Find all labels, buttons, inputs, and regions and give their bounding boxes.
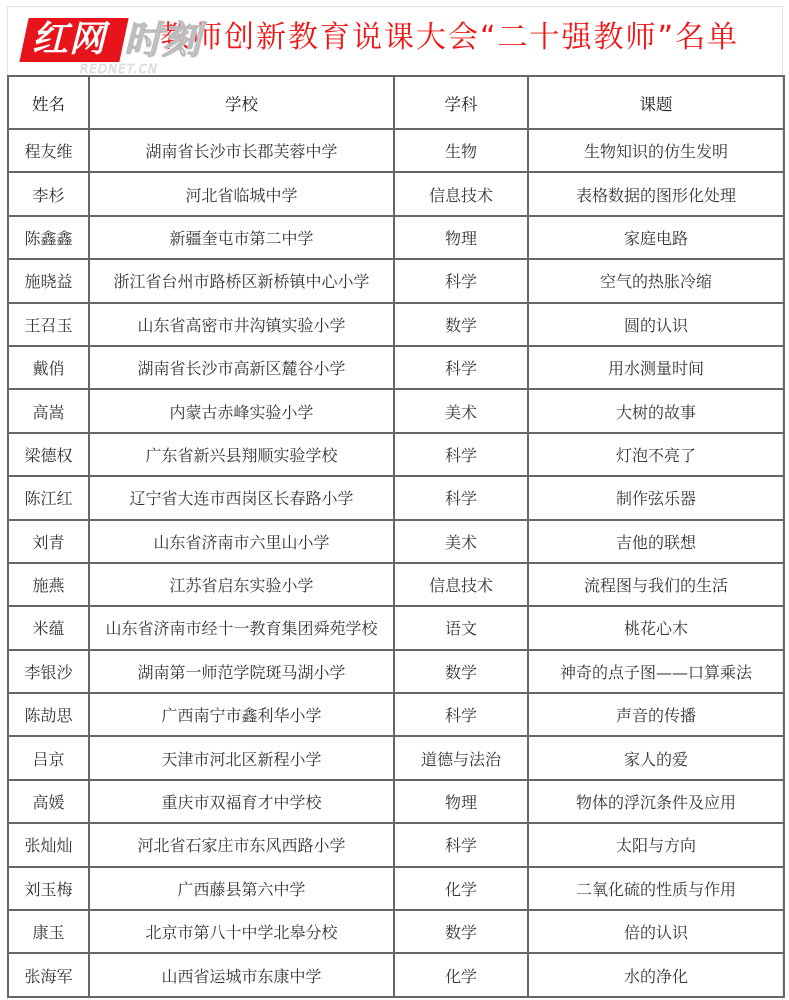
cell-school: 湖南省长沙市长郡芙蓉中学 (89, 129, 394, 172)
rednet-watermark-logo: 红网 时刻 REDNET.CN (20, 16, 210, 80)
cell-subject: 科学 (394, 823, 528, 866)
cell-subject: 道德与法治 (394, 736, 528, 779)
logo-red-text: 红网 (32, 18, 128, 62)
cell-subject: 信息技术 (394, 172, 528, 215)
cell-subject: 化学 (394, 953, 528, 996)
cell-name: 施晓益 (8, 259, 89, 302)
cell-name: 高嵩 (8, 389, 89, 432)
cell-name: 张海军 (8, 953, 89, 996)
cell-name: 戴俏 (8, 346, 89, 389)
cell-topic: 神奇的点子图——口算乘法 (528, 650, 784, 693)
cell-subject: 科学 (394, 259, 528, 302)
table-row: 李银沙湖南第一师范学院斑马湖小学数学神奇的点子图——口算乘法 (8, 650, 784, 693)
table-row: 刘玉梅广西藤县第六中学化学二氧化硫的性质与作用 (8, 867, 784, 910)
cell-school: 广西南宁市鑫利华小学 (89, 693, 394, 736)
cell-school: 湖南省长沙市高新区麓谷小学 (89, 346, 394, 389)
cell-subject: 数学 (394, 650, 528, 693)
cell-topic: 生物知识的仿生发明 (528, 129, 784, 172)
cell-school: 重庆市双福育才中学校 (89, 780, 394, 823)
cell-school: 山东省高密市井沟镇实验小学 (89, 303, 394, 346)
cell-topic: 表格数据的图形化处理 (528, 172, 784, 215)
table-row: 高媛重庆市双福育才中学校物理物体的浮沉条件及应用 (8, 780, 784, 823)
cell-topic: 用水测量时间 (528, 346, 784, 389)
column-header-name: 姓名 (8, 76, 89, 129)
table-row: 康玉北京市第八十中学北皋分校数学倍的认识 (8, 910, 784, 953)
table-row: 刘青山东省济南市六里山小学美术吉他的联想 (8, 520, 784, 563)
cell-subject: 科学 (394, 693, 528, 736)
cell-school: 山东省济南市经十一教育集团舜苑学校 (89, 606, 394, 649)
cell-name: 程友维 (8, 129, 89, 172)
cell-name: 高媛 (8, 780, 89, 823)
cell-topic: 水的净化 (528, 953, 784, 996)
cell-subject: 物理 (394, 216, 528, 259)
cell-subject: 科学 (394, 346, 528, 389)
table-row: 米蕴山东省济南市经十一教育集团舜苑学校语文桃花心木 (8, 606, 784, 649)
cell-name: 李杉 (8, 172, 89, 215)
table-row: 梁德权广东省新兴县翔顺实验学校科学灯泡不亮了 (8, 433, 784, 476)
cell-topic: 圆的认识 (528, 303, 784, 346)
cell-school: 新疆奎屯市第二中学 (89, 216, 394, 259)
cell-subject: 美术 (394, 389, 528, 432)
table-row: 陈劼思广西南宁市鑫利华小学科学声音的传播 (8, 693, 784, 736)
cell-school: 辽宁省大连市西岗区长春路小学 (89, 476, 394, 519)
cell-name: 张灿灿 (8, 823, 89, 866)
cell-school: 浙江省台州市路桥区新桥镇中心小学 (89, 259, 394, 302)
cell-name: 施燕 (8, 563, 89, 606)
cell-topic: 灯泡不亮了 (528, 433, 784, 476)
table-row: 张海军山西省运城市东康中学化学水的净化 (8, 953, 784, 996)
table-header-row: 姓名 学校 学科 课题 (8, 76, 784, 129)
cell-school: 河北省石家庄市东风西路小学 (89, 823, 394, 866)
logo-domain-text: REDNET.CN (80, 62, 158, 76)
cell-school: 山西省运城市东康中学 (89, 953, 394, 996)
cell-topic: 家人的爱 (528, 736, 784, 779)
cell-name: 陈江红 (8, 476, 89, 519)
cell-topic: 倍的认识 (528, 910, 784, 953)
cell-name: 王召玉 (8, 303, 89, 346)
cell-name: 米蕴 (8, 606, 89, 649)
cell-school: 内蒙古赤峰实验小学 (89, 389, 394, 432)
cell-school: 广西藤县第六中学 (89, 867, 394, 910)
cell-school: 广东省新兴县翔顺实验学校 (89, 433, 394, 476)
teacher-roster-table: 姓名 学校 学科 课题 程友维湖南省长沙市长郡芙蓉中学生物生物知识的仿生发明李杉… (7, 75, 785, 998)
table-row: 陈江红辽宁省大连市西岗区长春路小学科学制作弦乐器 (8, 476, 784, 519)
cell-topic: 声音的传播 (528, 693, 784, 736)
cell-subject: 数学 (394, 303, 528, 346)
logo-white-text: 时刻 (124, 18, 200, 62)
cell-name: 刘青 (8, 520, 89, 563)
cell-school: 北京市第八十中学北皋分校 (89, 910, 394, 953)
cell-topic: 空气的热胀冷缩 (528, 259, 784, 302)
cell-school: 天津市河北区新程小学 (89, 736, 394, 779)
cell-school: 山东省济南市六里山小学 (89, 520, 394, 563)
cell-subject: 科学 (394, 433, 528, 476)
cell-name: 吕京 (8, 736, 89, 779)
cell-name: 刘玉梅 (8, 867, 89, 910)
cell-name: 陈鑫鑫 (8, 216, 89, 259)
table-row: 陈鑫鑫新疆奎屯市第二中学物理家庭电路 (8, 216, 784, 259)
column-header-subject: 学科 (394, 76, 528, 129)
table-row: 李杉河北省临城中学信息技术表格数据的图形化处理 (8, 172, 784, 215)
table-row: 张灿灿河北省石家庄市东风西路小学科学太阳与方向 (8, 823, 784, 866)
cell-subject: 物理 (394, 780, 528, 823)
cell-subject: 科学 (394, 476, 528, 519)
cell-school: 江苏省启东实验小学 (89, 563, 394, 606)
cell-school: 湖南第一师范学院斑马湖小学 (89, 650, 394, 693)
cell-school: 河北省临城中学 (89, 172, 394, 215)
table-row: 高嵩内蒙古赤峰实验小学美术大树的故事 (8, 389, 784, 432)
cell-subject: 语文 (394, 606, 528, 649)
cell-subject: 数学 (394, 910, 528, 953)
column-header-school: 学校 (89, 76, 394, 129)
cell-name: 李银沙 (8, 650, 89, 693)
cell-topic: 吉他的联想 (528, 520, 784, 563)
column-header-topic: 课题 (528, 76, 784, 129)
cell-subject: 生物 (394, 129, 528, 172)
cell-name: 陈劼思 (8, 693, 89, 736)
table-body: 程友维湖南省长沙市长郡芙蓉中学生物生物知识的仿生发明李杉河北省临城中学信息技术表… (8, 129, 784, 997)
cell-topic: 流程图与我们的生活 (528, 563, 784, 606)
title-text: 教师创新教育说课大会“二十强教师”名单 (160, 20, 739, 55)
cell-subject: 美术 (394, 520, 528, 563)
table-row: 戴俏湖南省长沙市高新区麓谷小学科学用水测量时间 (8, 346, 784, 389)
cell-topic: 桃花心木 (528, 606, 784, 649)
cell-topic: 二氧化硫的性质与作用 (528, 867, 784, 910)
cell-name: 康玉 (8, 910, 89, 953)
table-row: 程友维湖南省长沙市长郡芙蓉中学生物生物知识的仿生发明 (8, 129, 784, 172)
cell-name: 梁德权 (8, 433, 89, 476)
table-row: 施燕江苏省启东实验小学信息技术流程图与我们的生活 (8, 563, 784, 606)
cell-topic: 制作弦乐器 (528, 476, 784, 519)
table-row: 王召玉山东省高密市井沟镇实验小学数学圆的认识 (8, 303, 784, 346)
table-row: 施晓益浙江省台州市路桥区新桥镇中心小学科学空气的热胀冷缩 (8, 259, 784, 302)
cell-topic: 家庭电路 (528, 216, 784, 259)
cell-subject: 信息技术 (394, 563, 528, 606)
cell-topic: 物体的浮沉条件及应用 (528, 780, 784, 823)
cell-subject: 化学 (394, 867, 528, 910)
table-row: 吕京天津市河北区新程小学道德与法治家人的爱 (8, 736, 784, 779)
cell-topic: 大树的故事 (528, 389, 784, 432)
cell-topic: 太阳与方向 (528, 823, 784, 866)
